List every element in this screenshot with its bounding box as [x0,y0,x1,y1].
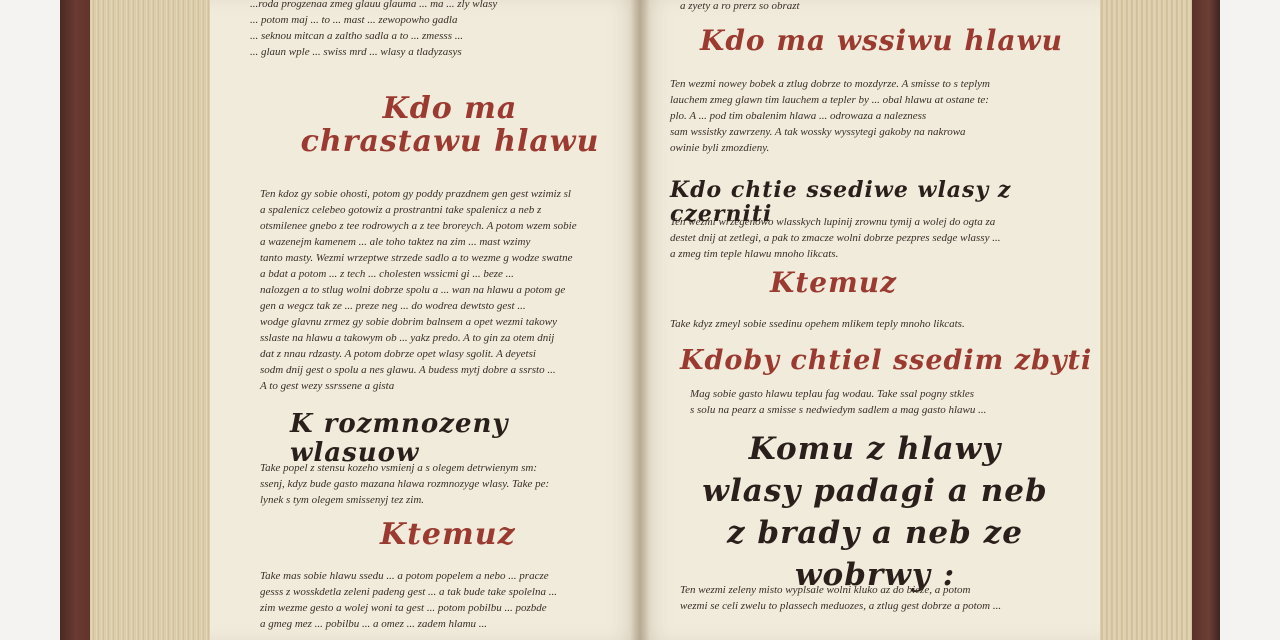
text-line: a bdat a potom ... z tech ... cholesten … [260,266,630,282]
text-line: gen a wegcz tak ze ... preze neg ... do … [260,298,630,314]
text-line: Take kdyz zmeyl sobie ssedinu opehem mli… [670,316,1070,332]
text-line: wezmi se celi zwelu to plassech meduozes… [680,598,1080,614]
left-paragraph-2: Take popel z stensu kozeho vsmienj a s o… [260,460,630,508]
text-line: a zmeg tim teple hlawu mnoho likcats. [670,246,1070,262]
right-paragraph-5: Ten wezmi zeleny misto wyplsale wolni kl… [680,582,1080,614]
heading-ktemuz-left: Ktemuz [380,518,580,551]
text-line: a gmeg mez ... pobilbu ... a omez ... za… [260,616,630,632]
leather-cover-right [1192,0,1220,640]
right-paragraph-2: Ten wezmi wrzegenowo wlasskych lupinij z… [670,214,1070,262]
text-line: tanto masty. Wezmi wrzeptwe strzede sadl… [260,250,630,266]
text-line: destet dnij at zetlegi, a pak to zmacze … [670,230,1070,246]
right-page: a zyety a ro prerz so obrazt Kdo ma wssi… [640,0,1100,640]
text-line: ssenj, kdyz bude gasto mazana hlawa rozm… [260,476,630,492]
right-paragraph-1: Ten wezmi nowey bobek a ztlug dobrze to … [670,76,1070,156]
text-line: A to gest wezy ssrssene a gista [260,378,630,394]
heading-ssedim-zbyti: Kdoby chtiel ssedim zbyti [680,346,1100,376]
heading-wssiwu-hlawu: Kdo ma wssiwu hlawu [700,26,1080,57]
text-line: Ten wezmi wrzegenowo wlasskych lupinij z… [670,214,1070,230]
text-line: Ten wezmi zeleny misto wyplsale wolni kl… [680,582,1080,598]
text-line: owinie byli zmozdieny. [670,140,1070,156]
right-paragraph-3: Take kdyz zmeyl sobie ssedinu opehem mli… [670,316,1070,332]
text-line: Ten wezmi nowey bobek a ztlug dobrze to … [670,76,1070,92]
text-line: ... glaun wple ... swiss mrd ... wlasy a… [250,44,610,60]
heading-wlasy-padagi: Komu z hlawy wlasy padagi a neb z brady … [700,428,1050,596]
right-paragraph-4: Mag sobie gasto hlawu teplau fag wodau. … [690,386,1070,418]
book-gutter [630,0,650,640]
text-line: sodm dnij gest o spolu a nes glawu. A bu… [260,362,630,378]
text-line: Ten kdoz gy sobie ohosti, potom gy poddy… [260,186,630,202]
text-line: a spalenicz celebeo gotowiz a prostrantn… [260,202,630,218]
text-line: dat z nnau rdzasty. A potom dobrze opet … [260,346,630,362]
text-line: wodge glavnu zrmez gy sobie dobrim balns… [260,314,630,330]
left-page: ...roda progzenaa zmeg glauu glauma ... … [210,0,640,640]
open-manuscript-book: ...roda progzenaa zmeg glauu glauma ... … [60,0,1220,640]
text-line: plo. A ... pod tim obalenim hlawa ... od… [670,108,1070,124]
left-paragraph-1: Ten kdoz gy sobie ohosti, potom gy poddy… [260,186,630,394]
text-line: gesss z wosskdetla zeleni padeng gest ..… [260,584,630,600]
text-line: ... seknou mitcan a zaltho sadla a to ..… [250,28,610,44]
text-line: sam wssistky zawrzeny. A tak wossky wyss… [670,124,1070,140]
right-top-text: a zyety a ro prerz so obrazt [680,0,1060,14]
text-line: ...roda progzenaa zmeg glauu glauma ... … [250,0,610,12]
page-edges-right [1090,0,1200,640]
text-line: s solu na pearz a smisse s nedwiedym sad… [690,402,1070,418]
heading-rozmnozeny-wlasuow: K rozmnozeny wlasuow [290,410,630,467]
text-line: Take mas sobie hlawu ssedu ... a potom p… [260,568,630,584]
text-line: a wazenejm kamenem ... ale toho taktez n… [260,234,630,250]
left-paragraph-3: Take mas sobie hlawu ssedu ... a potom p… [260,568,630,632]
left-top-text: ...roda progzenaa zmeg glauu glauma ... … [250,0,610,60]
text-line: zim wezme gesto a wolej woni ta gest ...… [260,600,630,616]
text-line: a zyety a ro prerz so obrazt [680,0,1060,14]
page-edges-left [90,0,220,640]
text-line: nalozgen a to stlug wolni dobrze spolu a… [260,282,630,298]
text-line: ... potom maj ... to ... mast ... zewopo… [250,12,610,28]
text-line: otsmilenee gnebo z tee rodrowych a z tee… [260,218,630,234]
heading-ktemuz-right: Ktemuz [770,268,970,299]
text-line: lauchem zmeg glawn tim lauchem a tepler … [670,92,1070,108]
text-line: sslaste na hlawu a takowym ob ... yakz p… [260,330,630,346]
heading-chrastawu-hlawu: Kdo ma chrastawu hlawu [300,92,600,158]
text-line: Mag sobie gasto hlawu teplau fag wodau. … [690,386,1070,402]
text-line: lynek s tym olegem smissenyj tez zim. [260,492,630,508]
text-line: Take popel z stensu kozeho vsmienj a s o… [260,460,630,476]
